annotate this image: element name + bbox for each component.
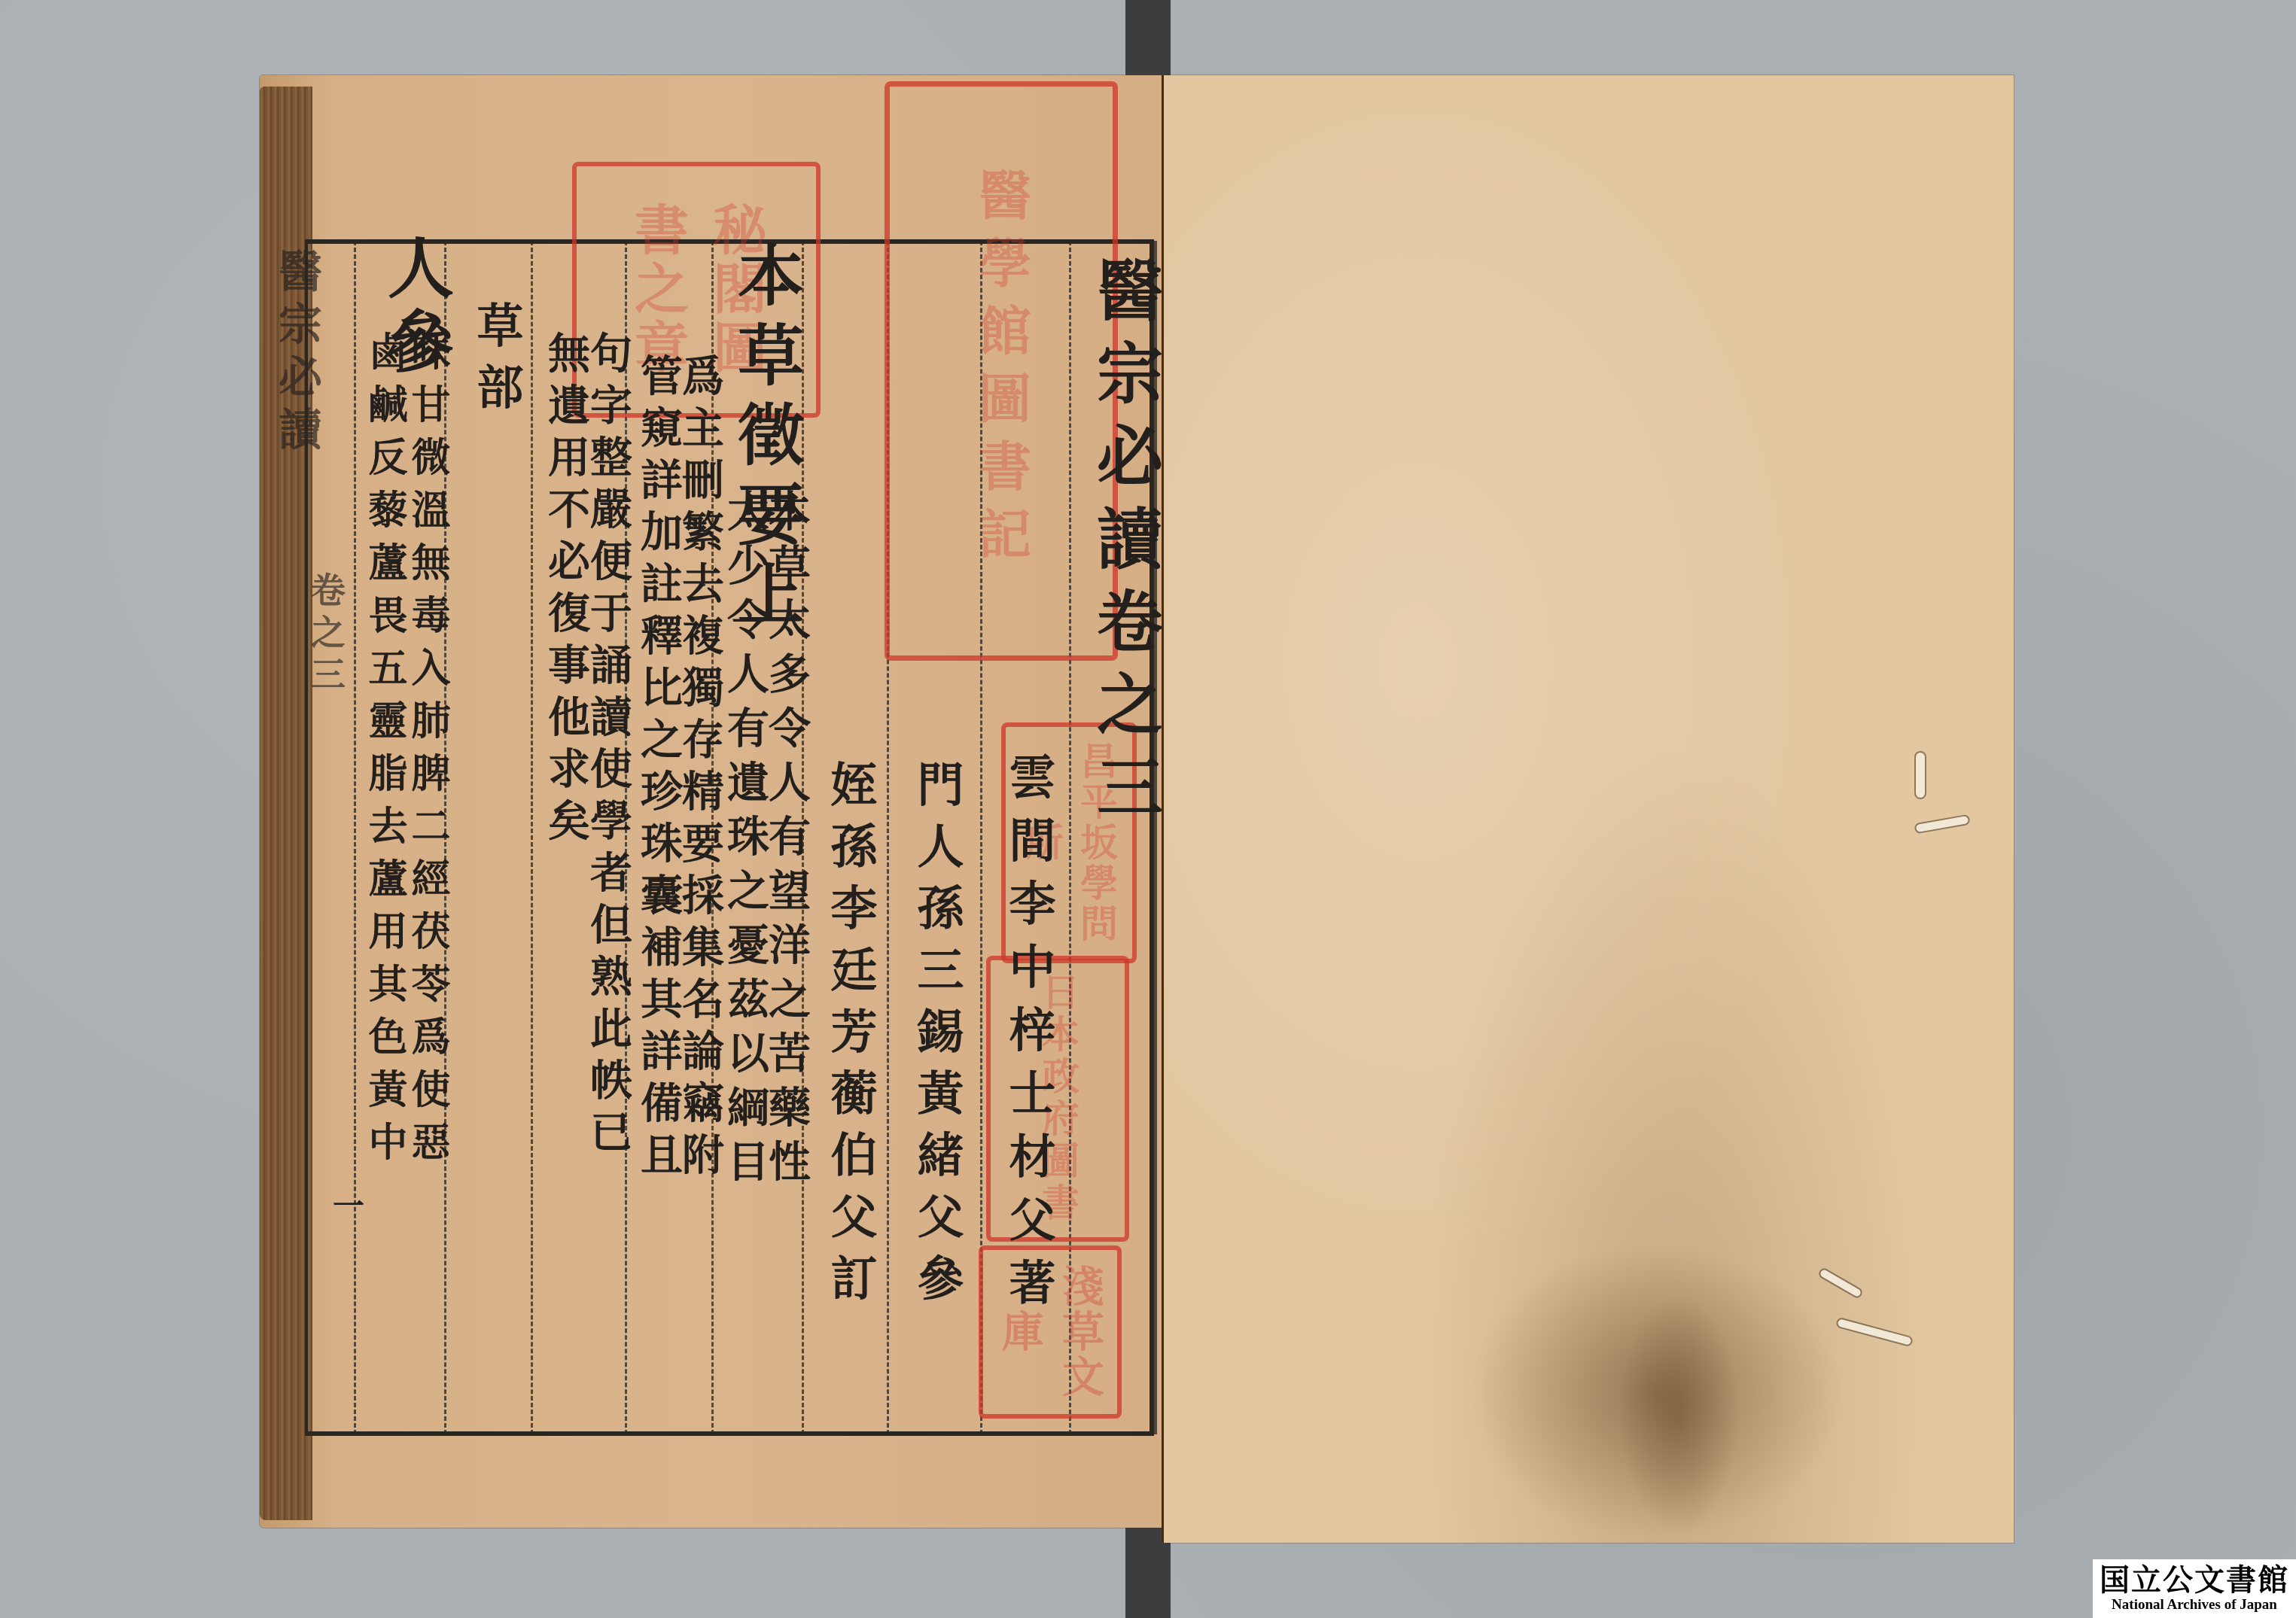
logo-japanese-text: 国立公文書館 (2100, 1564, 2289, 1597)
seal-text: 醫學館圖書記 (964, 168, 1040, 574)
author-line: 雲間李中梓士材父著 (995, 753, 1062, 1321)
volume-title: 醫宗必讀卷之三 (1078, 256, 1173, 835)
category-heading: 草部 (463, 301, 530, 424)
editor-line: 姪孫李廷芳蘅伯父訂 (817, 760, 884, 1315)
gutter (1162, 75, 1164, 1543)
national-archives-logo: 国立公文書館 National Archives of Japan (2093, 1559, 2296, 1618)
column-rule (531, 241, 533, 1434)
preface-line-6: 無遺用不必復事他求矣 (536, 331, 596, 850)
entry-text-2: 鹵鹹反藜蘆畏五靈脂去蘆用其色黃中 (356, 331, 413, 1174)
folio-number: 一 (324, 1189, 369, 1227)
logo-english-text: National Archives of Japan (2112, 1597, 2277, 1613)
participant-line: 門人孫三錫黃緒父參 (903, 760, 970, 1315)
wormhole-damage (1916, 753, 1925, 798)
water-stain (1618, 1294, 1739, 1535)
